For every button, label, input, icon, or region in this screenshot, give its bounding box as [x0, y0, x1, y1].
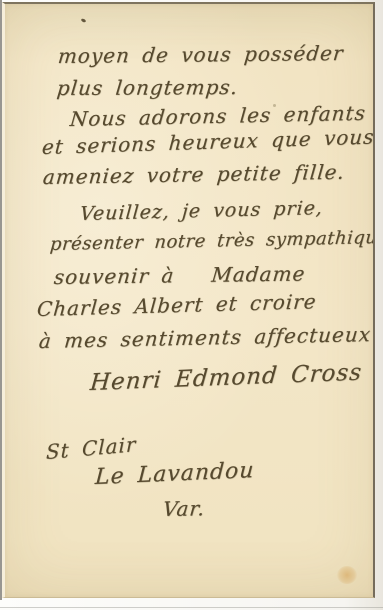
signature-line: Henri Edmond Cross — [89, 359, 363, 397]
paper-stain — [337, 566, 357, 584]
letter-line-10: à mes sentiments affectueux — [38, 322, 372, 353]
place-line-2: Le Lavandou — [94, 458, 255, 491]
letter-paper: moyen de vous posséder plus longtemps. N… — [2, 2, 375, 598]
letter-line-8: souvenir à Madame — [53, 261, 307, 289]
photo-edge-line — [0, 607, 383, 608]
letter-photograph: moyen de vous posséder plus longtemps. N… — [0, 0, 383, 610]
letter-line-2: plus longtemps. — [56, 75, 239, 100]
place-line-1: St Clair — [46, 432, 137, 464]
ink-speck — [81, 18, 87, 23]
place-line-3: Var. — [162, 496, 206, 521]
letter-line-9: Charles Albert et croire — [36, 289, 318, 321]
ink-speck-small — [273, 104, 276, 107]
letter-line-7: présenter notre très sympathique — [49, 227, 375, 256]
letter-line-1: moyen de vous posséder — [57, 41, 345, 68]
letter-line-5: ameniez votre petite fille. — [42, 160, 346, 189]
letter-line-6: Veuillez, je vous prie, — [79, 197, 324, 226]
